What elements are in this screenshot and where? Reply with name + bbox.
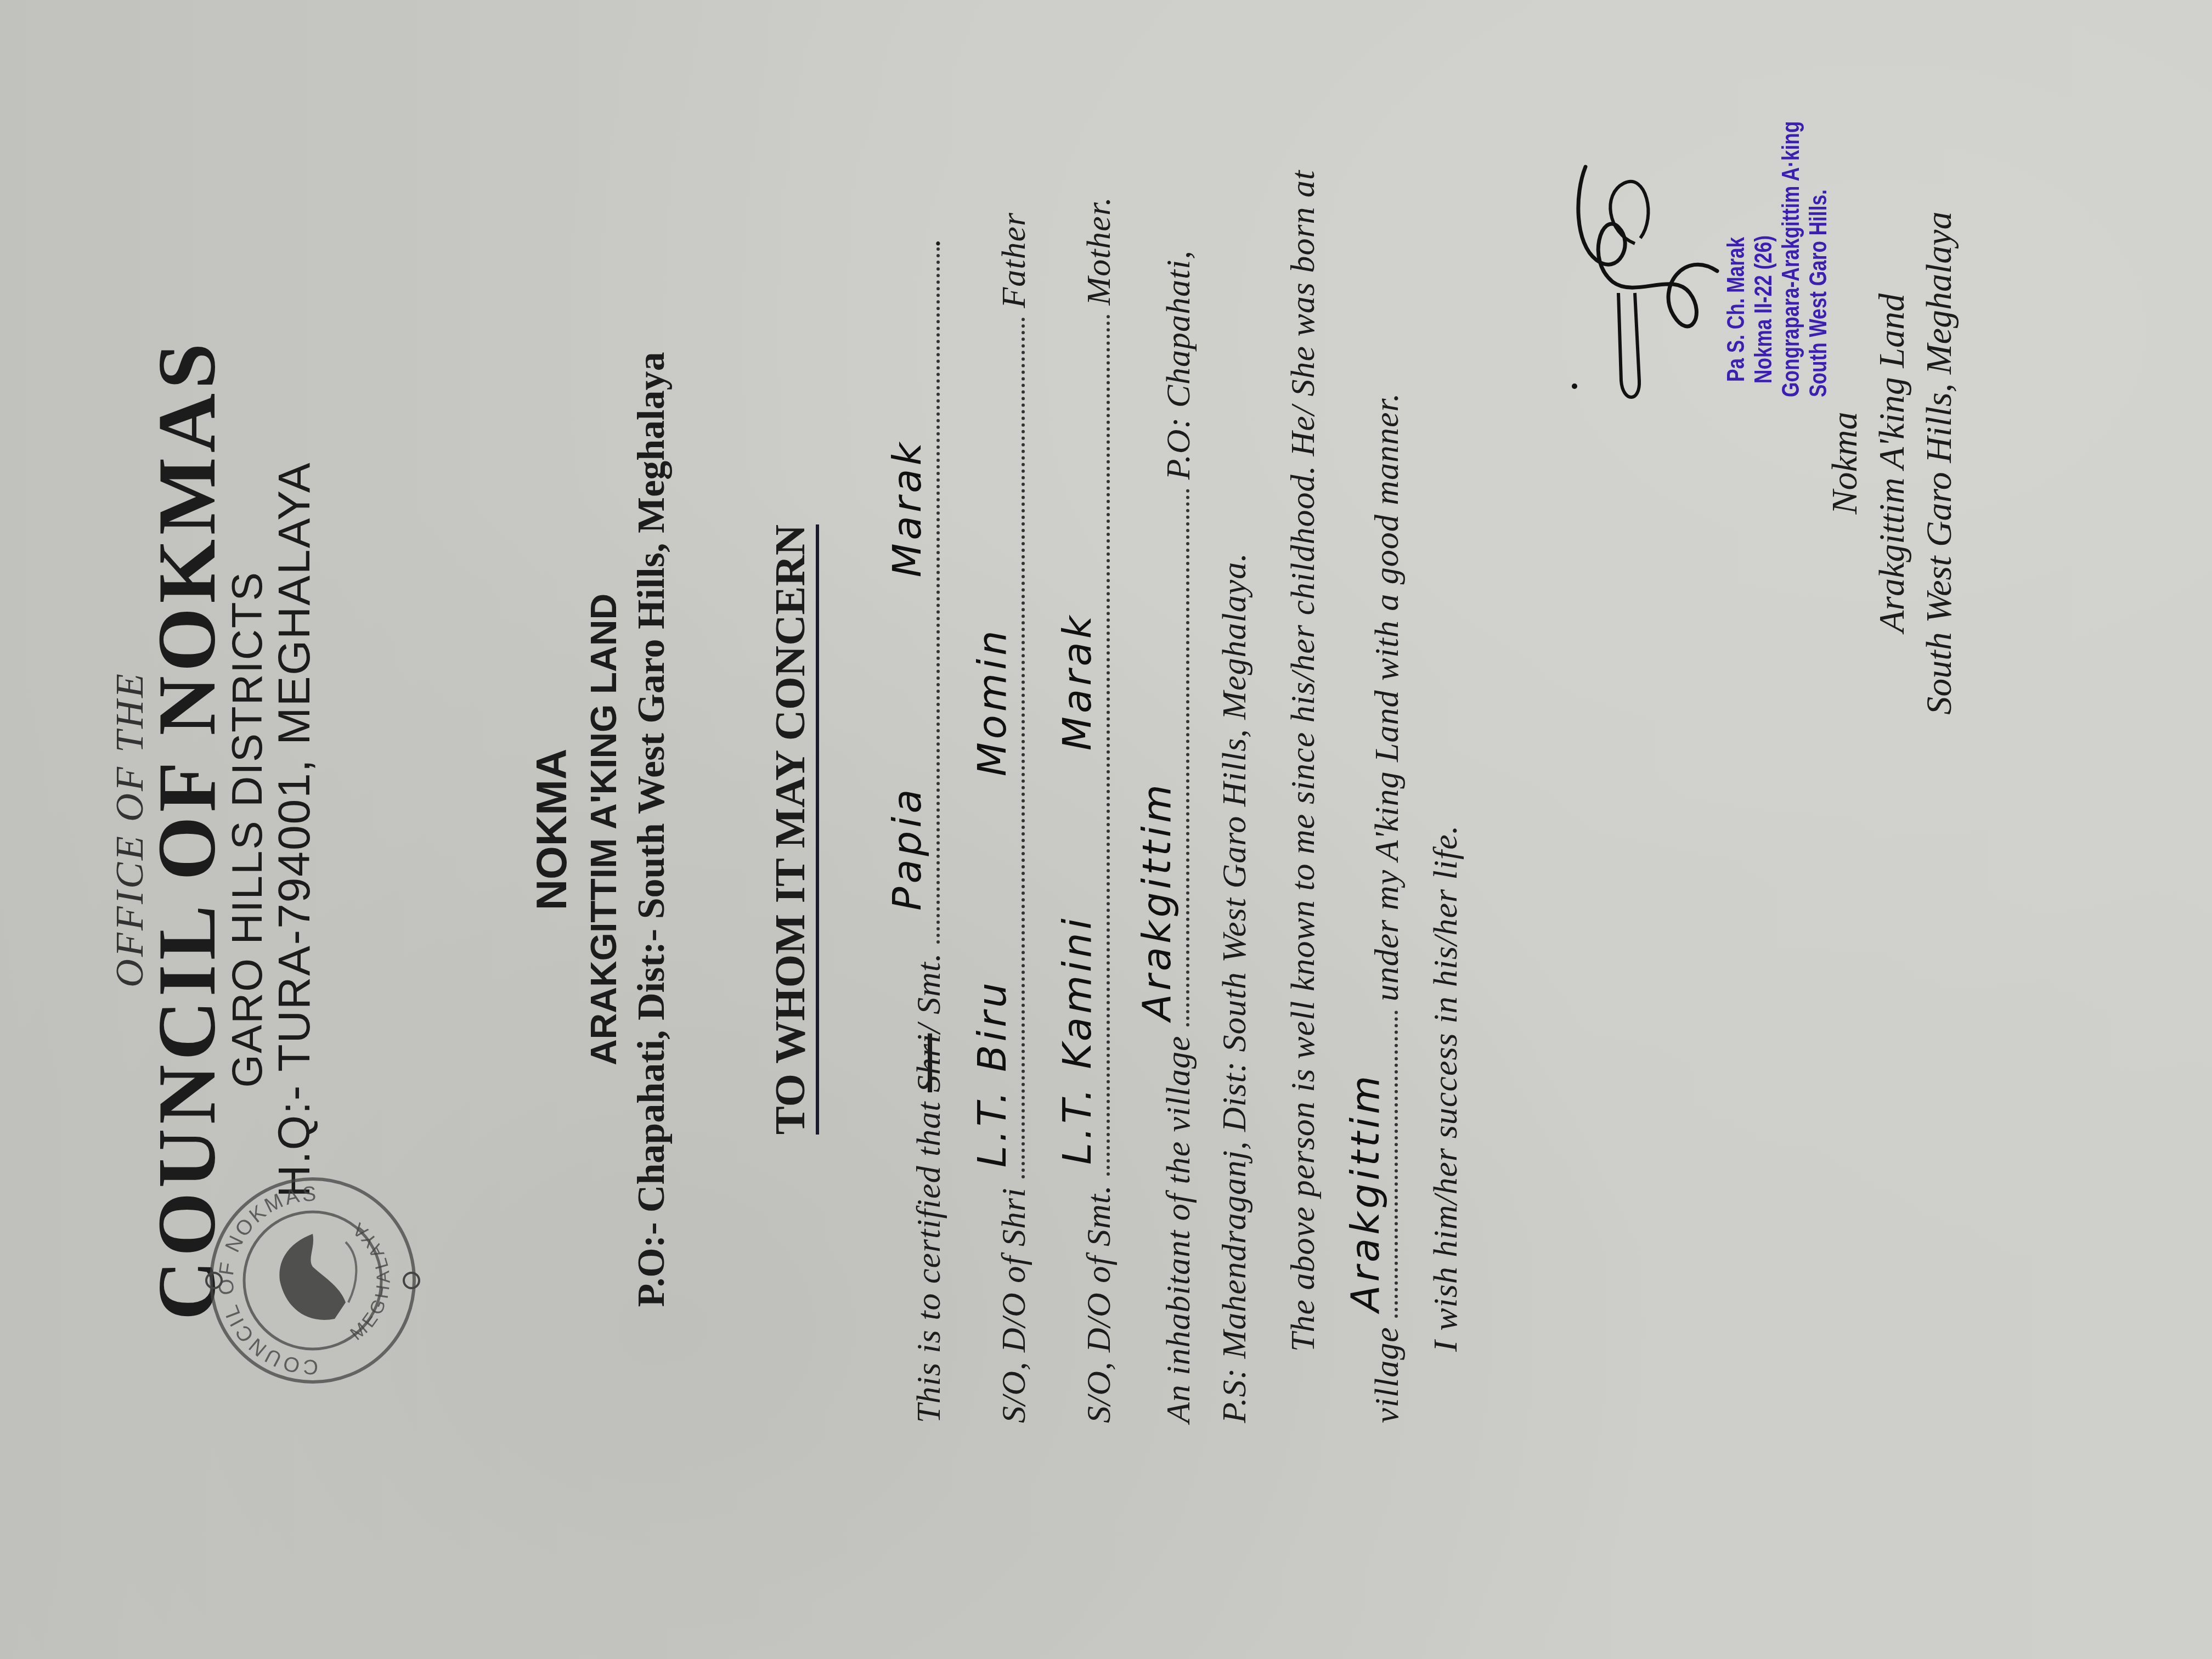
village-field: Arakgittim	[1147, 489, 1189, 1026]
handwritten-signature-icon	[1553, 117, 1734, 425]
hq-address: H.Q:- TURA-794001, MEGHALAYA	[269, 0, 320, 1659]
issuer-title: NOKMA	[527, 0, 577, 1659]
body-line-3: S/O, D/O of Smt. L.T. KaminiMarak Mother…	[1067, 196, 1119, 1423]
districts-label: GARO HILLS DISTRICTS	[222, 0, 272, 1659]
seal-text-bottom: MEGHALAYA	[346, 1217, 394, 1345]
body-line-5: P.S: Mahendraganj, Dist: South West Garo…	[1215, 552, 1254, 1423]
heading: TO WHOM IT MAY CONCERN	[765, 0, 815, 1659]
signatory-block: Nokma Arakgittim A'king Land South West …	[1821, 200, 1963, 726]
struck-shri: Shri	[910, 1034, 947, 1092]
birth-village-field: Arakgittim	[1355, 1011, 1398, 1318]
issuer-land: ARAKGITTIM A'KING LAND	[583, 0, 624, 1659]
issuer-address: P.O:- Chapahati, Dist:- South West Garo …	[630, 0, 674, 1659]
body-line-7: village Arakgittim under my A'king Land …	[1355, 393, 1407, 1423]
document-photo: OFFICE OF THE COUNCIL OF NOKMAS GARO HIL…	[0, 0, 2212, 1659]
body-line-2: S/O, D/O of Shri L.T. BiruMomin Father	[982, 212, 1034, 1423]
name-field: PapiaMarak	[897, 247, 940, 944]
body-line-1: This is to certified that Shri/ Smt. Pap…	[897, 238, 949, 1423]
council-seal-icon: COUNCIL OF NOKMAS MEGHALAYA	[203, 1171, 422, 1390]
mother-name-field: L.T. KaminiMarak	[1067, 314, 1110, 1176]
nokma-stamp: Pa S. Ch. Marak Nokma II-22 (26) Gongrap…	[1723, 200, 1832, 419]
body-line-8: I wish him/her success in his/her life.	[1426, 825, 1465, 1352]
certificate-page: OFFICE OF THE COUNCIL OF NOKMAS GARO HIL…	[0, 0, 2212, 1659]
council-title: COUNCIL OF NOKMAS	[140, 0, 234, 1659]
svg-text:MEGHALAYA: MEGHALAYA	[346, 1217, 394, 1345]
body-line-6: The above person is well known to me sin…	[1284, 170, 1323, 1352]
father-name-field: L.T. BiruMomin	[982, 317, 1025, 1178]
body-line-4: An inhabitant of the village Arakgittim …	[1147, 250, 1198, 1423]
